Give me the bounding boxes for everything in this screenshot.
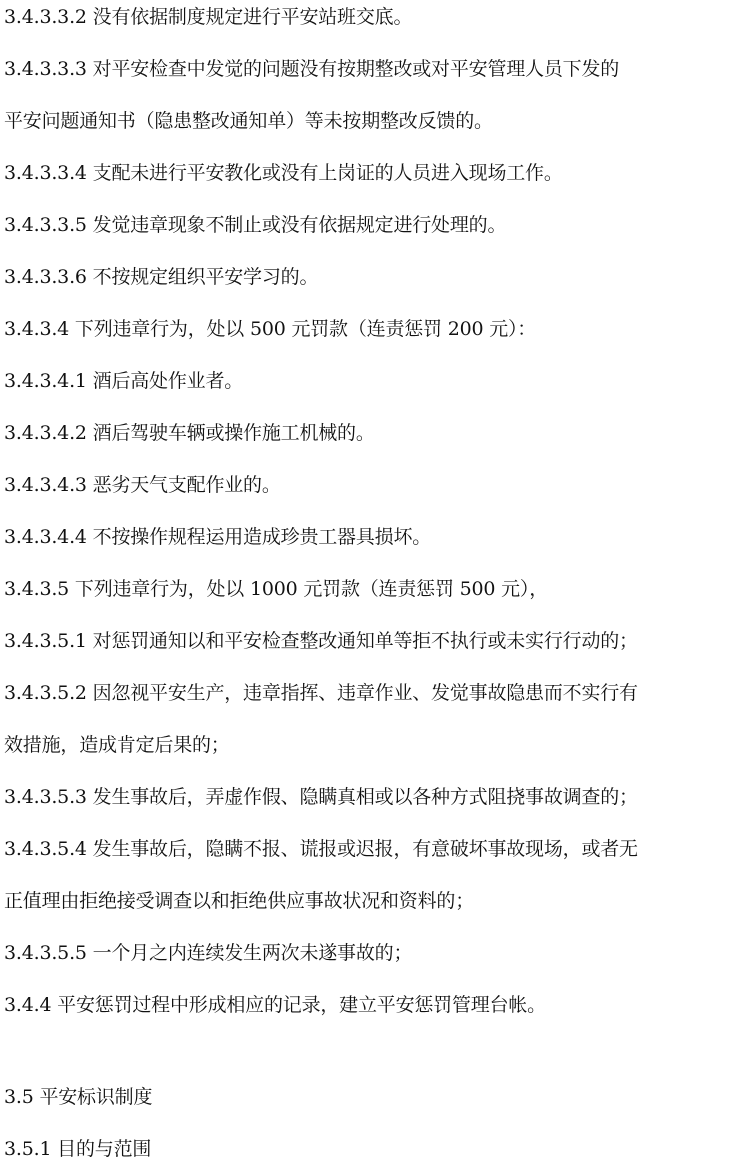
paragraph-3-4-3-5-3: 3.4.3.5.3 发生事故后，弄虚作假、隐瞒真相或以各种方式阻挠事故调查的； — [4, 785, 638, 809]
paragraph-3-4-3-3-4: 3.4.3.3.4 支配未进行平安教化或没有上岗证的人员进入现场工作。 — [4, 161, 563, 185]
subsection-heading-3-5-1: 3.5.1 目的与范围 — [4, 1137, 151, 1160]
paragraph-3-4-3-3-3-cont: 平安问题通知书（隐患整改通知单）等未按期整改反馈的。 — [4, 109, 493, 133]
paragraph-3-4-3-5-2: 3.4.3.5.2 因忽视平安生产，违章指挥、违章作业、发觉事故隐患而不实行有 — [4, 681, 638, 705]
paragraph-3-4-3-4: 3.4.3.4 下列违章行为，处以 500 元罚款（连责惩罚 200 元）： — [4, 317, 536, 341]
paragraph-3-4-3-5-1: 3.4.3.5.1 对惩罚通知以和平安检查整改通知单等拒不执行或未实行行动的； — [4, 629, 638, 653]
paragraph-3-4-3-5-2-cont: 效措施，造成肯定后果的； — [4, 733, 230, 757]
paragraph-3-4-3-3-6: 3.4.3.3.6 不按规定组织平安学习的。 — [4, 265, 318, 289]
paragraph-3-4-3-3-2: 3.4.3.3.2 没有依据制度规定进行平安站班交底。 — [4, 5, 412, 29]
paragraph-3-4-3-4-3: 3.4.3.4.3 恶劣天气支配作业的。 — [4, 473, 281, 497]
paragraph-3-4-3-4-2: 3.4.3.4.2 酒后驾驶车辆或操作施工机械的。 — [4, 421, 375, 445]
paragraph-3-4-3-3-3: 3.4.3.3.3 对平安检查中发觉的问题没有按期整改或对平安管理人员下发的 — [4, 57, 619, 81]
paragraph-3-4-3-4-1: 3.4.3.4.1 酒后高处作业者。 — [4, 369, 243, 393]
paragraph-3-4-4: 3.4.4 平安惩罚过程中形成相应的记录，建立平安惩罚管理台帐。 — [4, 993, 546, 1017]
section-heading-3-5: 3.5 平安标识制度 — [4, 1085, 152, 1109]
paragraph-3-4-3-3-5: 3.4.3.3.5 发觉违章现象不制止或没有依据规定进行处理的。 — [4, 213, 506, 237]
paragraph-3-4-3-5: 3.4.3.5 下列违章行为，处以 1000 元罚款（连责惩罚 500 元）， — [4, 577, 548, 601]
paragraph-3-4-3-5-4-cont: 正值理由拒绝接受调查以和拒绝供应事故状况和资料的； — [4, 889, 474, 913]
paragraph-3-4-3-4-4: 3.4.3.4.4 不按操作规程运用造成珍贵工器具损坏。 — [4, 525, 431, 549]
paragraph-3-4-3-5-5: 3.4.3.5.5 一个月之内连续发生两次未遂事故的； — [4, 941, 412, 965]
paragraph-3-4-3-5-4: 3.4.3.5.4 发生事故后，隐瞒不报、谎报或迟报，有意破坏事故现场，或者无 — [4, 837, 638, 861]
